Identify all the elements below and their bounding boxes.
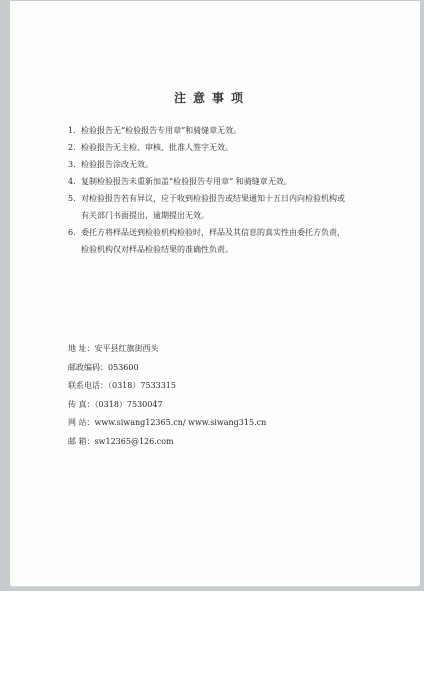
note-item: 2. 检验报告无主检、审核、批准人签字无效。: [68, 143, 368, 153]
note-text: 委托方将样品送到检验机构检验时，样品及其信息的真实性由委托方负责，: [81, 228, 368, 238]
contact-value: 053600: [108, 363, 139, 372]
note-text: 检验报告无主检、审核、批准人签字无效。: [81, 143, 368, 153]
contact-label: 联系电话：: [68, 381, 108, 390]
contact-value: www.siwang12365.cn/ www.siwang315.cn: [95, 418, 267, 427]
contact-label: 传 真：: [68, 400, 95, 409]
contact-postcode: 邮政编码：053600: [68, 363, 266, 373]
note-item: 4. 复制检验报告未重新加盖“检验报告专用章” 和骑缝章无效。: [68, 177, 368, 187]
note-number: 6.: [68, 228, 76, 238]
note-item: 5. 对检验报告若有异议，应于收到检验报告或结果通知十五日内向检验机构或 有关部…: [68, 194, 368, 221]
contact-value: sw12365@126.com: [95, 437, 174, 446]
contact-label: 地 址：: [68, 344, 95, 353]
note-text: 检验报告涂改无效。: [81, 160, 368, 170]
notes-list: 1. 检验报告无“检验报告专用章”和骑缝章无效。 2. 检验报告无主检、审核、批…: [68, 126, 368, 262]
note-number: 1.: [68, 126, 76, 136]
note-number: 5.: [68, 194, 76, 204]
note-text: 有关部门书面提出，逾期提出无效。: [81, 211, 368, 221]
contact-info: 地 址：安平县红旗街西头 邮政编码：053600 联系电话：（0318）7533…: [68, 344, 266, 455]
note-item: 1. 检验报告无“检验报告专用章”和骑缝章无效。: [68, 126, 368, 136]
note-item: 3. 检验报告涂改无效。: [68, 160, 368, 170]
note-item: 6. 委托方将样品送到检验机构检验时，样品及其信息的真实性由委托方负责， 检验机…: [68, 228, 368, 255]
contact-value: （0318）7533315: [108, 381, 176, 390]
contact-email: 邮 箱：sw12365@126.com: [68, 437, 266, 447]
contact-phone: 联系电话：（0318）7533315: [68, 381, 266, 391]
note-number: 4.: [68, 177, 76, 187]
contact-value: 安平县红旗街西头: [95, 344, 159, 353]
note-text: 对检验报告若有异议，应于收到检验报告或结果通知十五日内向检验机构或: [81, 194, 368, 204]
note-text: 复制检验报告未重新加盖“检验报告专用章” 和骑缝章无效。: [81, 177, 368, 187]
contact-label: 邮 箱：: [68, 437, 95, 446]
contact-value: （0318）7530047: [95, 400, 163, 409]
note-number: 3.: [68, 160, 76, 170]
contact-label: 邮政编码：: [68, 363, 108, 372]
note-text: 检验机构仅对样品检验结果的准确性负责。: [81, 245, 368, 255]
page-title: 注意事项: [0, 89, 424, 106]
contact-address: 地 址：安平县红旗街西头: [68, 344, 266, 354]
contact-fax: 传 真：（0318）7530047: [68, 400, 266, 410]
note-text: 检验报告无“检验报告专用章”和骑缝章无效。: [81, 126, 368, 136]
contact-label: 网 站：: [68, 418, 95, 427]
contact-website: 网 站：www.siwang12365.cn/ www.siwang315.cn: [68, 418, 266, 428]
note-number: 2.: [68, 143, 76, 153]
